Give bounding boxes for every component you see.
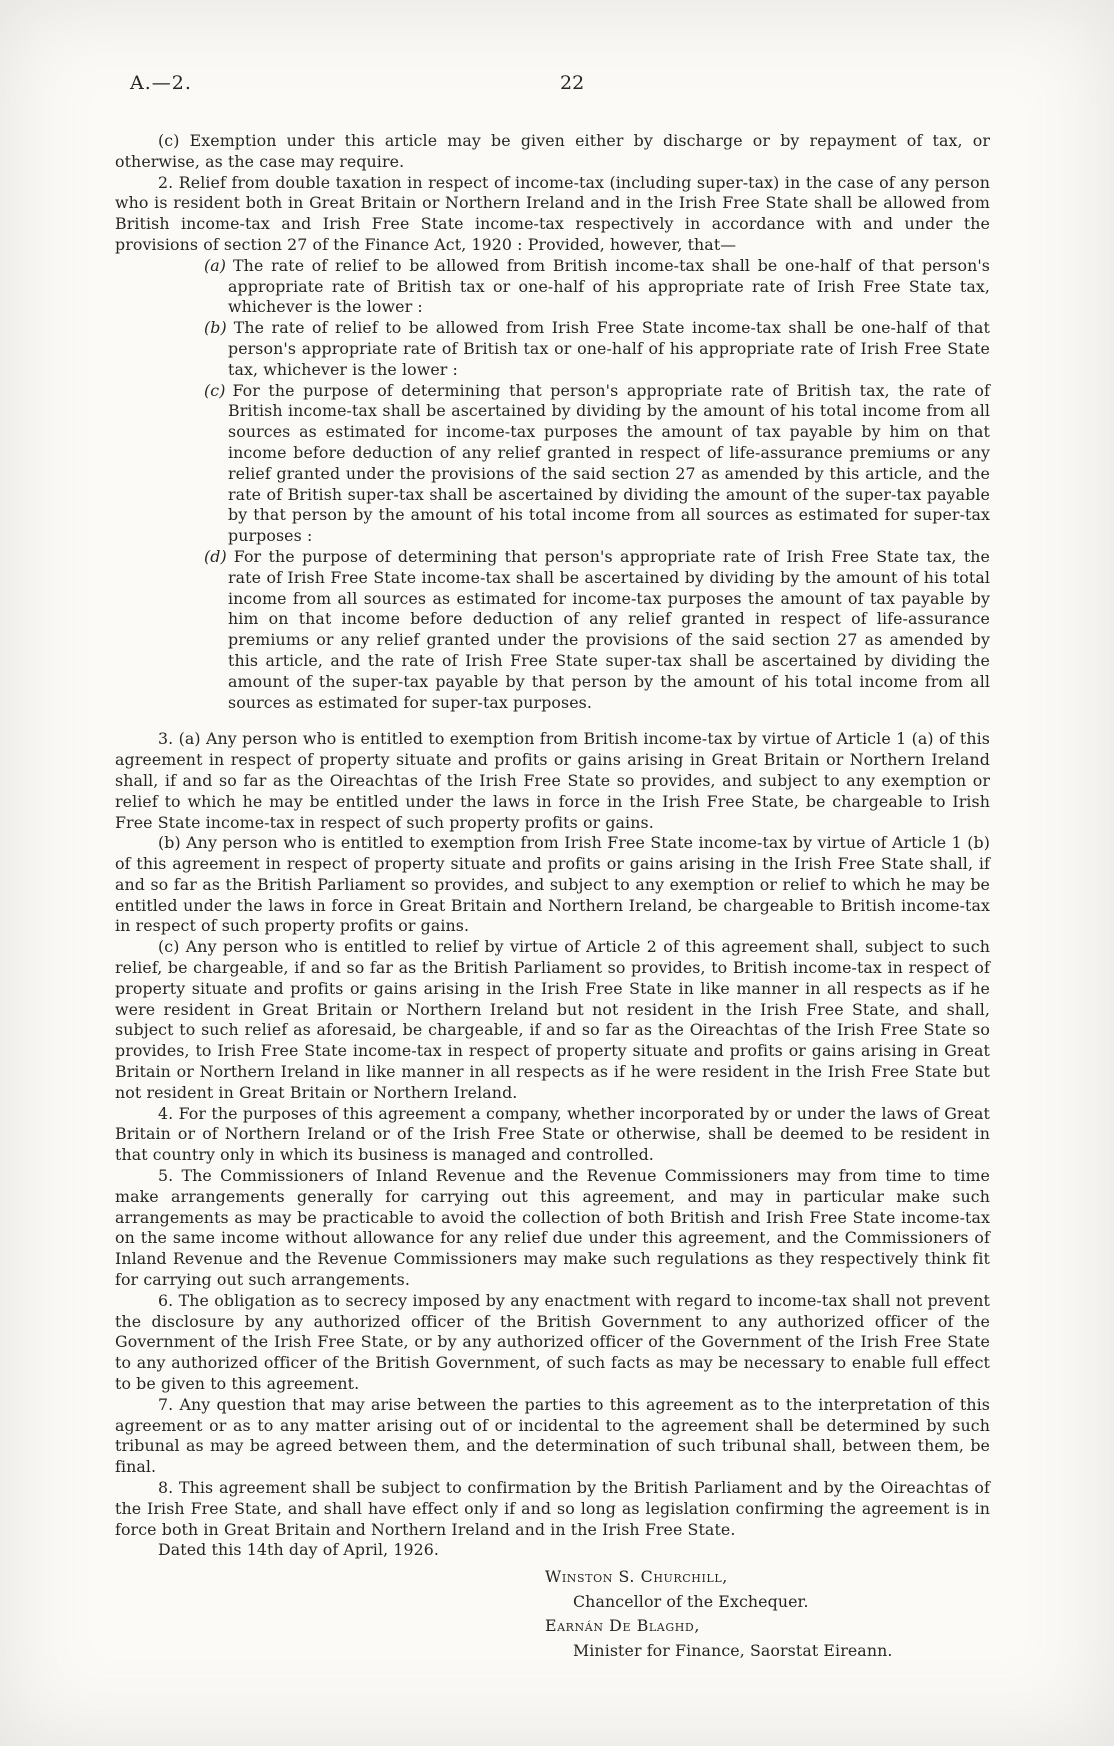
item-text-c: For the purpose of determining that pers… [228,381,990,546]
item-marker-a: (a) [204,256,226,275]
paragraph-article-3c: (c) Any person who is entitled to relief… [115,937,990,1103]
document-page: A.—2. 22 (c) Exemption under this articl… [0,0,1114,1746]
signatory-name-deblaghd: Earnán De Blaghd, [545,1614,990,1639]
item-text-b: The rate of relief to be allowed from Ir… [228,318,990,379]
item-marker-c: (c) [204,381,225,400]
page-number: 22 [560,72,584,94]
paragraph-exemption: (c) Exemption under this article may be … [115,131,990,173]
paragraph-article-2: 2. Relief from double taxation in respec… [115,173,990,256]
paragraph-article-8: 8. This agreement shall be subject to co… [115,1478,990,1540]
signatory-name-churchill: Winston S. Churchill, [545,1565,990,1590]
document-ref: A.—2. [130,72,192,94]
article2-item-c: (c)For the purpose of determining that p… [228,381,990,547]
article2-item-d: (d)For the purpose of determining that p… [228,547,990,713]
paragraph-article-4: 4. For the purposes of this agreement a … [115,1104,990,1166]
signatory-title-deblaghd: Minister for Finance, Saorstat Eireann. [573,1639,990,1664]
article2-item-b: (b)The rate of relief to be allowed from… [228,318,990,380]
paragraph-article-7: 7. Any question that may arise between t… [115,1395,990,1478]
item-marker-d: (d) [204,547,227,566]
article2-item-a: (a)The rate of relief to be allowed from… [228,256,990,318]
paragraph-article-5: 5. The Commissioners of Inland Revenue a… [115,1166,990,1291]
signature-block: Winston S. Churchill, Chancellor of the … [545,1565,990,1663]
item-text-d: For the purpose of determining that pers… [228,547,990,712]
signatory-title-churchill: Chancellor of the Exchequer. [573,1590,990,1615]
paragraph-article-6: 6. The obligation as to secrecy imposed … [115,1291,990,1395]
paragraph-article-3a: 3. (a) Any person who is entitled to exe… [115,729,990,833]
item-marker-b: (b) [204,318,227,337]
document-body: (c) Exemption under this article may be … [115,131,990,1664]
paragraph-article-3b: (b) Any person who is entitled to exempt… [115,833,990,937]
dated-line: Dated this 14th day of April, 1926. [115,1540,990,1561]
item-text-a: The rate of relief to be allowed from Br… [228,256,990,317]
